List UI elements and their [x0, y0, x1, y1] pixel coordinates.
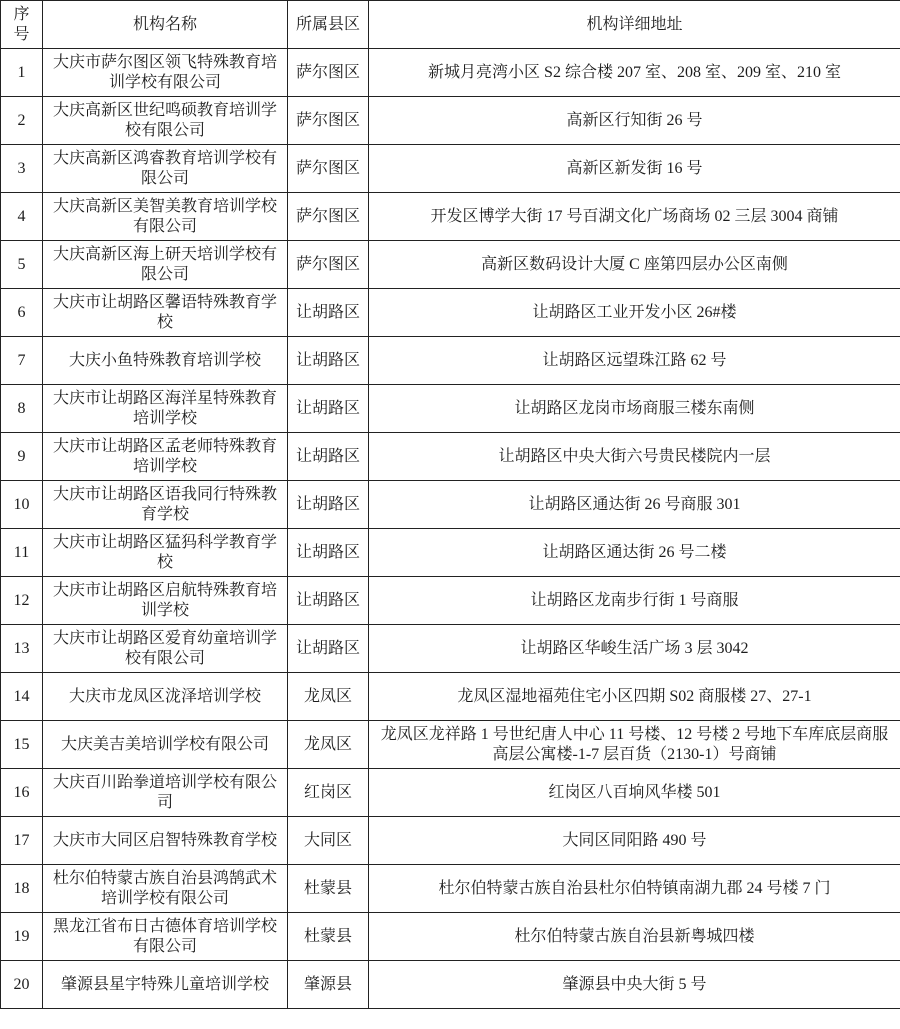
cell-address: 高新区数码设计大厦 C 座第四层办公区南侧 [369, 241, 900, 289]
cell-address: 杜尔伯特蒙古族自治县杜尔伯特镇南湖九郡 24 号楼 7 门 [369, 865, 900, 913]
cell-district: 萨尔图区 [288, 193, 369, 241]
cell-serial-number: 17 [1, 817, 43, 865]
header-serial-number-label: 序号 [13, 5, 31, 45]
cell-serial-number: 16 [1, 769, 43, 817]
table-row: 15 大庆美吉美培训学校有限公司 龙凤区 龙凤区龙祥路 1 号世纪唐人中心 11… [1, 721, 900, 769]
cell-institution-name: 大庆市萨尔图区领飞特殊教育培训学校有限公司 [43, 49, 288, 97]
cell-serial-number: 20 [1, 961, 43, 1009]
table-row: 7 大庆小鱼特殊教育培训学校 让胡路区 让胡路区远望珠江路 62 号 [1, 337, 900, 385]
cell-district: 让胡路区 [288, 385, 369, 433]
cell-address: 红岗区八百垧风华楼 501 [369, 769, 900, 817]
cell-serial-number: 18 [1, 865, 43, 913]
cell-institution-name: 大庆百川跆拳道培训学校有限公司 [43, 769, 288, 817]
cell-address: 让胡路区中央大街六号贵民楼院内一层 [369, 433, 900, 481]
header-institution-name: 机构名称 [43, 1, 288, 49]
cell-institution-name: 大庆美吉美培训学校有限公司 [43, 721, 288, 769]
cell-address: 龙凤区湿地福苑住宅小区四期 S02 商服楼 27、27-1 [369, 673, 900, 721]
cell-district: 杜蒙县 [288, 865, 369, 913]
cell-serial-number: 7 [1, 337, 43, 385]
cell-institution-name: 杜尔伯特蒙古族自治县鸿鹄武术培训学校有限公司 [43, 865, 288, 913]
cell-serial-number: 8 [1, 385, 43, 433]
cell-address: 让胡路区龙南步行街 1 号商服 [369, 577, 900, 625]
table-row: 8 大庆市让胡路区海洋星特殊教育培训学校 让胡路区 让胡路区龙岗市场商服三楼东南… [1, 385, 900, 433]
cell-serial-number: 11 [1, 529, 43, 577]
table-row: 9 大庆市让胡路区孟老师特殊教育培训学校 让胡路区 让胡路区中央大街六号贵民楼院… [1, 433, 900, 481]
table-row: 16 大庆百川跆拳道培训学校有限公司 红岗区 红岗区八百垧风华楼 501 [1, 769, 900, 817]
cell-district: 龙凤区 [288, 673, 369, 721]
table-row: 17 大庆市大同区启智特殊教育学校 大同区 大同区同阳路 490 号 [1, 817, 900, 865]
cell-institution-name: 大庆市让胡路区语我同行特殊教育学校 [43, 481, 288, 529]
cell-address: 高新区行知街 26 号 [369, 97, 900, 145]
cell-serial-number: 12 [1, 577, 43, 625]
cell-address: 杜尔伯特蒙古族自治县新粤城四楼 [369, 913, 900, 961]
cell-district: 杜蒙县 [288, 913, 369, 961]
cell-address: 肇源县中央大街 5 号 [369, 961, 900, 1009]
table-row: 1 大庆市萨尔图区领飞特殊教育培训学校有限公司 萨尔图区 新城月亮湾小区 S2 … [1, 49, 900, 97]
cell-district: 让胡路区 [288, 481, 369, 529]
header-district: 所属县区 [288, 1, 369, 49]
cell-district: 让胡路区 [288, 529, 369, 577]
header-address: 机构详细地址 [369, 1, 900, 49]
table-row: 4 大庆高新区美智美教育培训学校有限公司 萨尔图区 开发区博学大街 17 号百湖… [1, 193, 900, 241]
cell-district: 萨尔图区 [288, 241, 369, 289]
cell-serial-number: 9 [1, 433, 43, 481]
cell-district: 龙凤区 [288, 721, 369, 769]
header-serial-number: 序号 [1, 1, 43, 49]
cell-institution-name: 大庆高新区美智美教育培训学校有限公司 [43, 193, 288, 241]
cell-address: 大同区同阳路 490 号 [369, 817, 900, 865]
cell-district: 让胡路区 [288, 625, 369, 673]
cell-district: 萨尔图区 [288, 145, 369, 193]
table-row: 2 大庆高新区世纪鸣硕教育培训学校有限公司 萨尔图区 高新区行知街 26 号 [1, 97, 900, 145]
cell-institution-name: 大庆市让胡路区孟老师特殊教育培训学校 [43, 433, 288, 481]
cell-serial-number: 14 [1, 673, 43, 721]
cell-district: 萨尔图区 [288, 49, 369, 97]
table-row: 3 大庆高新区鸿睿教育培训学校有限公司 萨尔图区 高新区新发街 16 号 [1, 145, 900, 193]
cell-address: 新城月亮湾小区 S2 综合楼 207 室、208 室、209 室、210 室 [369, 49, 900, 97]
cell-district: 让胡路区 [288, 289, 369, 337]
cell-institution-name: 大庆市让胡路区馨语特殊教育学校 [43, 289, 288, 337]
cell-address: 让胡路区工业开发小区 26#楼 [369, 289, 900, 337]
cell-institution-name: 大庆高新区世纪鸣硕教育培训学校有限公司 [43, 97, 288, 145]
cell-institution-name: 大庆市让胡路区启航特殊教育培训学校 [43, 577, 288, 625]
cell-address: 让胡路区通达街 26 号二楼 [369, 529, 900, 577]
cell-serial-number: 13 [1, 625, 43, 673]
table-row: 19 黑龙江省布日古德体育培训学校有限公司 杜蒙县 杜尔伯特蒙古族自治县新粤城四… [1, 913, 900, 961]
cell-serial-number: 10 [1, 481, 43, 529]
cell-institution-name: 肇源县星宇特殊儿童培训学校 [43, 961, 288, 1009]
cell-district: 萨尔图区 [288, 97, 369, 145]
cell-serial-number: 3 [1, 145, 43, 193]
cell-institution-name: 大庆市大同区启智特殊教育学校 [43, 817, 288, 865]
cell-address: 开发区博学大街 17 号百湖文化广场商场 02 三层 3004 商铺 [369, 193, 900, 241]
cell-serial-number: 2 [1, 97, 43, 145]
cell-serial-number: 5 [1, 241, 43, 289]
cell-district: 让胡路区 [288, 433, 369, 481]
institutions-table: 序号 机构名称 所属县区 机构详细地址 1 大庆市萨尔图区领飞特殊教育培训学校有… [0, 0, 900, 1009]
cell-institution-name: 大庆高新区海上研天培训学校有限公司 [43, 241, 288, 289]
table-row: 13 大庆市让胡路区爱育幼童培训学校有限公司 让胡路区 让胡路区华峻生活广场 3… [1, 625, 900, 673]
cell-serial-number: 6 [1, 289, 43, 337]
table-row: 14 大庆市龙凤区泷泽培训学校 龙凤区 龙凤区湿地福苑住宅小区四期 S02 商服… [1, 673, 900, 721]
cell-serial-number: 1 [1, 49, 43, 97]
cell-institution-name: 大庆市让胡路区爱育幼童培训学校有限公司 [43, 625, 288, 673]
table-row: 5 大庆高新区海上研天培训学校有限公司 萨尔图区 高新区数码设计大厦 C 座第四… [1, 241, 900, 289]
cell-district: 大同区 [288, 817, 369, 865]
cell-district: 让胡路区 [288, 577, 369, 625]
table-row: 10 大庆市让胡路区语我同行特殊教育学校 让胡路区 让胡路区通达街 26 号商服… [1, 481, 900, 529]
cell-district: 让胡路区 [288, 337, 369, 385]
cell-institution-name: 大庆小鱼特殊教育培训学校 [43, 337, 288, 385]
table-row: 6 大庆市让胡路区馨语特殊教育学校 让胡路区 让胡路区工业开发小区 26#楼 [1, 289, 900, 337]
cell-address: 龙凤区龙祥路 1 号世纪唐人中心 11 号楼、12 号楼 2 号地下车库底层商服… [369, 721, 900, 769]
header-row: 序号 机构名称 所属县区 机构详细地址 [1, 1, 900, 49]
cell-institution-name: 大庆市让胡路区猛犸科学教育学校 [43, 529, 288, 577]
cell-institution-name: 大庆市让胡路区海洋星特殊教育培训学校 [43, 385, 288, 433]
cell-serial-number: 15 [1, 721, 43, 769]
cell-address: 让胡路区龙岗市场商服三楼东南侧 [369, 385, 900, 433]
table-row: 18 杜尔伯特蒙古族自治县鸿鹄武术培训学校有限公司 杜蒙县 杜尔伯特蒙古族自治县… [1, 865, 900, 913]
cell-serial-number: 19 [1, 913, 43, 961]
cell-serial-number: 4 [1, 193, 43, 241]
cell-institution-name: 黑龙江省布日古德体育培训学校有限公司 [43, 913, 288, 961]
table-row: 20 肇源县星宇特殊儿童培训学校 肇源县 肇源县中央大街 5 号 [1, 961, 900, 1009]
cell-institution-name: 大庆高新区鸿睿教育培训学校有限公司 [43, 145, 288, 193]
table-body: 1 大庆市萨尔图区领飞特殊教育培训学校有限公司 萨尔图区 新城月亮湾小区 S2 … [1, 49, 900, 1009]
cell-address: 让胡路区远望珠江路 62 号 [369, 337, 900, 385]
cell-address: 让胡路区通达街 26 号商服 301 [369, 481, 900, 529]
cell-district: 红岗区 [288, 769, 369, 817]
table-row: 11 大庆市让胡路区猛犸科学教育学校 让胡路区 让胡路区通达街 26 号二楼 [1, 529, 900, 577]
cell-address: 让胡路区华峻生活广场 3 层 3042 [369, 625, 900, 673]
cell-address: 高新区新发街 16 号 [369, 145, 900, 193]
cell-institution-name: 大庆市龙凤区泷泽培训学校 [43, 673, 288, 721]
table-row: 12 大庆市让胡路区启航特殊教育培训学校 让胡路区 让胡路区龙南步行街 1 号商… [1, 577, 900, 625]
cell-district: 肇源县 [288, 961, 369, 1009]
